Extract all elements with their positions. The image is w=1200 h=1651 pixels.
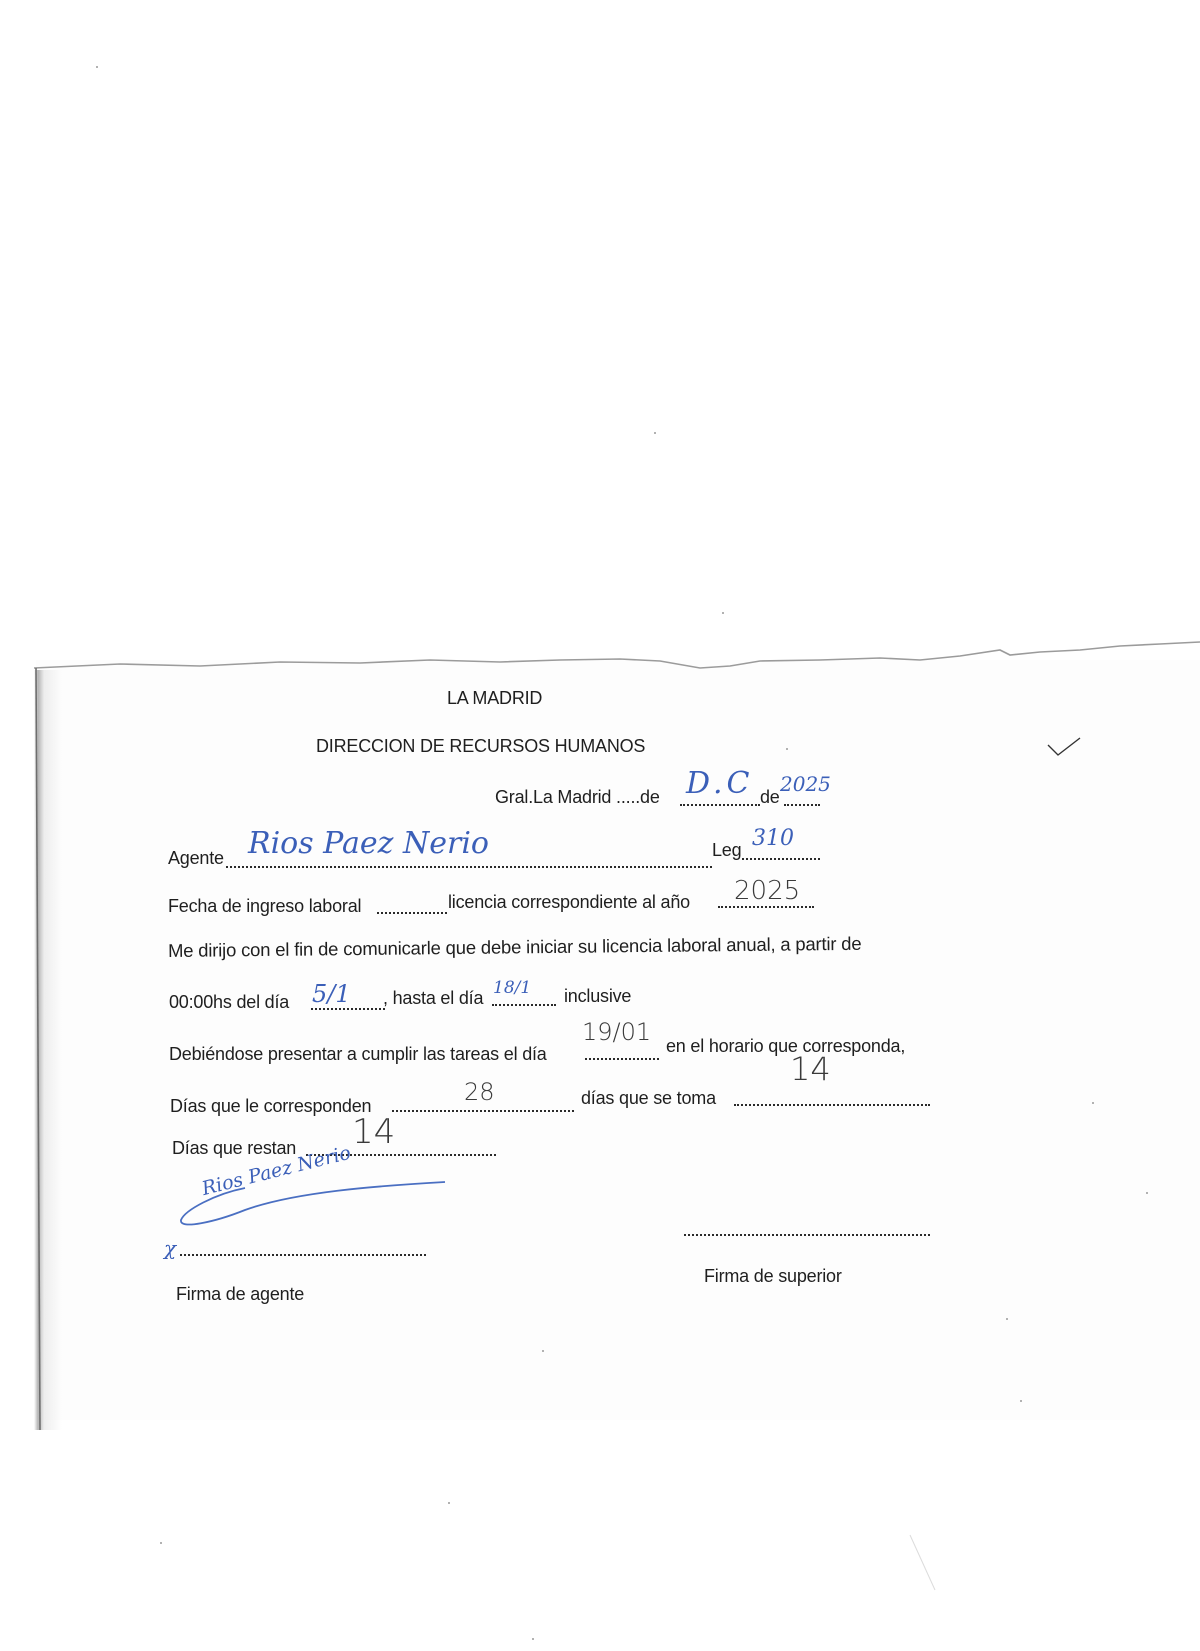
agent-field-line <box>226 866 712 868</box>
inclusive-label: inclusive <box>564 986 631 1007</box>
return-label: Debiéndose presentar a cumplir las tarea… <box>169 1044 547 1065</box>
scan-speck <box>1146 1192 1148 1194</box>
to-field-line <box>492 1004 556 1006</box>
toma-field[interactable]: 14 <box>790 1050 831 1088</box>
to-label: , hasta el día <box>383 988 483 1009</box>
municipality-title: LA MADRID <box>447 688 542 709</box>
scan-speck <box>1006 1318 1008 1320</box>
month-field[interactable]: D.C <box>686 766 753 801</box>
scan-speck <box>542 1350 544 1352</box>
from-label: 00:00hs del día <box>169 992 289 1013</box>
superior-signature-line[interactable] <box>684 1234 930 1236</box>
leg-field[interactable]: 310 <box>752 826 794 851</box>
department-title: DIRECCION DE RECURSOS HUMANOS <box>316 736 645 757</box>
superior-signature-label: Firma de superior <box>704 1266 842 1287</box>
paper-left-edge <box>34 670 64 1430</box>
scan-speck <box>1092 1102 1094 1104</box>
scan-speck <box>160 1542 162 1544</box>
year-field-line <box>784 804 820 806</box>
leg-label: Leg <box>712 840 741 861</box>
restan-label: Días que restan <box>172 1138 296 1159</box>
month-field-line <box>680 804 760 806</box>
licencia-year-field[interactable]: 2025 <box>734 876 800 906</box>
agent-name-field[interactable]: Rios Paez Nerio <box>248 826 489 861</box>
to-date-field[interactable]: 18/1 <box>493 978 531 998</box>
leg-field-line <box>742 858 820 860</box>
scan-speck <box>448 1502 450 1504</box>
from-date-field[interactable]: 5/1 <box>312 980 351 1008</box>
year-field[interactable]: 2025 <box>780 772 831 796</box>
signature-mark: χ <box>164 1236 176 1260</box>
return-field-line <box>585 1058 659 1060</box>
toma-label: días que se toma <box>581 1088 716 1109</box>
horario-label: en el horario que corresponda, <box>666 1036 905 1057</box>
year-label: de <box>760 787 780 808</box>
corresponden-label: Días que le corresponden <box>170 1096 371 1117</box>
ingreso-field-line[interactable] <box>377 912 447 914</box>
licencia-label: licencia correspondiente al año <box>448 892 690 913</box>
toma-field-line <box>734 1104 930 1106</box>
corresponden-field-line <box>392 1110 574 1112</box>
date-prefix: Gral.La Madrid .....de <box>495 787 660 808</box>
licencia-year-field-line <box>718 906 814 908</box>
corresponden-field[interactable]: 28 <box>464 1078 495 1106</box>
return-date-field[interactable]: 19/01 <box>582 1018 651 1046</box>
from-field-line <box>311 1008 385 1010</box>
agent-label: Agente <box>168 848 224 869</box>
scan-speck <box>722 612 724 614</box>
scan-speck <box>96 66 98 68</box>
ingreso-label: Fecha de ingreso laboral <box>168 896 361 917</box>
scan-speck <box>1020 1400 1022 1402</box>
agent-signature-line[interactable] <box>180 1254 426 1256</box>
scan-speck <box>532 1638 534 1640</box>
agent-signature-label: Firma de agente <box>176 1284 304 1305</box>
scan-speck <box>654 432 656 434</box>
restan-field[interactable]: 14 <box>352 1112 395 1152</box>
scan-speck <box>786 748 788 750</box>
scanned-page: LA MADRID DIRECCION DE RECURSOS HUMANOS … <box>0 0 1200 1651</box>
